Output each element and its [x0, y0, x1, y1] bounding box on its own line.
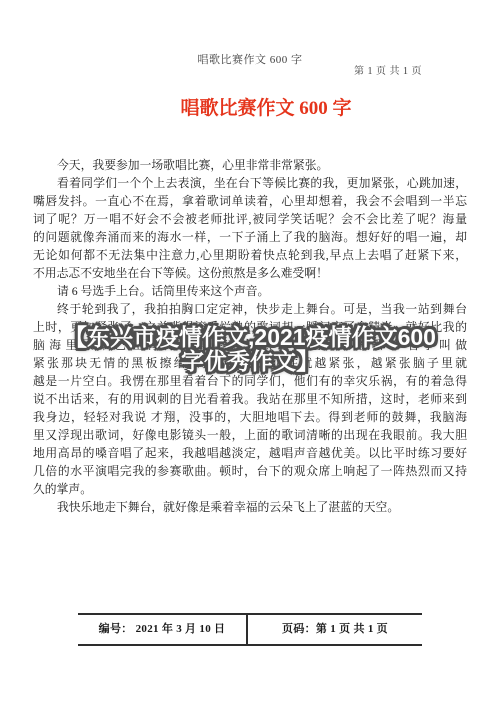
page-header-page-number: 第 1 页 共 1 页: [354, 62, 422, 77]
body-line: 的问题就像奔涌而来的海水一样，一下子涌上了我的脑海。想好好的唱一遍，却: [33, 228, 467, 246]
body-line: 我身边，轻轻对我说 才翔，没事的，大胆地唱下去。得到老师的鼓舞，我脑海: [33, 408, 467, 426]
body-line: 不用忐忑不安地坐在台下等候。这份煎熬是多么难受啊！: [33, 264, 467, 282]
body-line: 越是一片空白。我愣在那里看着台下的同学们，他们有的幸灾乐祸，有的着急得: [33, 372, 467, 390]
footer-number-text: 编号： 2021 年 3 月 10 日: [99, 620, 226, 636]
body-line: 无论如何都不无法集中注意力,心里期盼着快点轮到我,早点上去唱了赶紧下来，: [33, 246, 467, 264]
body-line: 词了呢？万一唱不好会不会被老师批评,被同学笑话呢？会不会比差了呢？海量: [33, 210, 467, 228]
page-header-title: 唱歌比赛作文 600 字: [0, 51, 500, 67]
body-line: 久的掌声。: [33, 480, 467, 498]
body-line: 地用高昂的嗓音唱了起来，我越唱越淡定，越唱声音越优美。以比平时练习要好: [33, 444, 467, 462]
watermark-line-1: 【东兴市疫情作文,2021疫情作文600: [0, 325, 500, 349]
footer-page-cell: 页码：第 1 页 共 1 页: [248, 615, 422, 644]
footer-number-cell: 编号： 2021 年 3 月 10 日: [78, 615, 248, 644]
body-line: 终于轮到我了，我拍拍胸口定定神，快步走上舞台。可是，当我一站到舞台: [33, 300, 467, 318]
document-page: 唱歌比赛作文 600 字 第 1 页 共 1 页 唱歌比赛作文 600 字 今天…: [0, 0, 500, 707]
body-line: 嘴唇发抖。一直心不在焉，拿着歌词单读着，心里却想着，我会不会唱到一半忘: [33, 192, 467, 210]
body-line: 看着同学们一个个上去表演，坐在台下等候比赛的我，更加紧张，心跳加速，: [33, 174, 467, 192]
body-line: 说不出话来，有的用讽刺的目光看着我。我站在那里不知所措，这时，老师来到: [33, 390, 467, 408]
body-line: 请 6 号选手上台。话筒里传来这个声音。: [33, 282, 467, 300]
site-watermark-overlay: 【东兴市疫情作文,2021疫情作文600 字优秀作文】: [0, 325, 500, 373]
footer-page-text: 页码：第 1 页 共 1 页: [282, 620, 388, 636]
watermark-line-2: 字优秀作文】: [0, 349, 500, 373]
body-line: 我快乐地走下舞台，就好像是乘着幸福的云朵飞上了湛蓝的天空。: [33, 498, 467, 516]
footer-table: 编号： 2021 年 3 月 10 日 页码：第 1 页 共 1 页: [78, 613, 422, 646]
body-line: 里又浮现出歌词，好像电影镜头一般，上面的歌词清晰的出现在我眼前。我大胆: [33, 426, 467, 444]
body-line: 几倍的水平演唱完我的参赛歌曲。顿时，台下的观众席上响起了一阵热烈而又持: [33, 462, 467, 480]
essay-title: 唱歌比赛作文 600 字: [0, 93, 500, 120]
body-line: 今天，我要参加一场歌唱比赛，心里非常非常紧张。: [33, 156, 467, 174]
